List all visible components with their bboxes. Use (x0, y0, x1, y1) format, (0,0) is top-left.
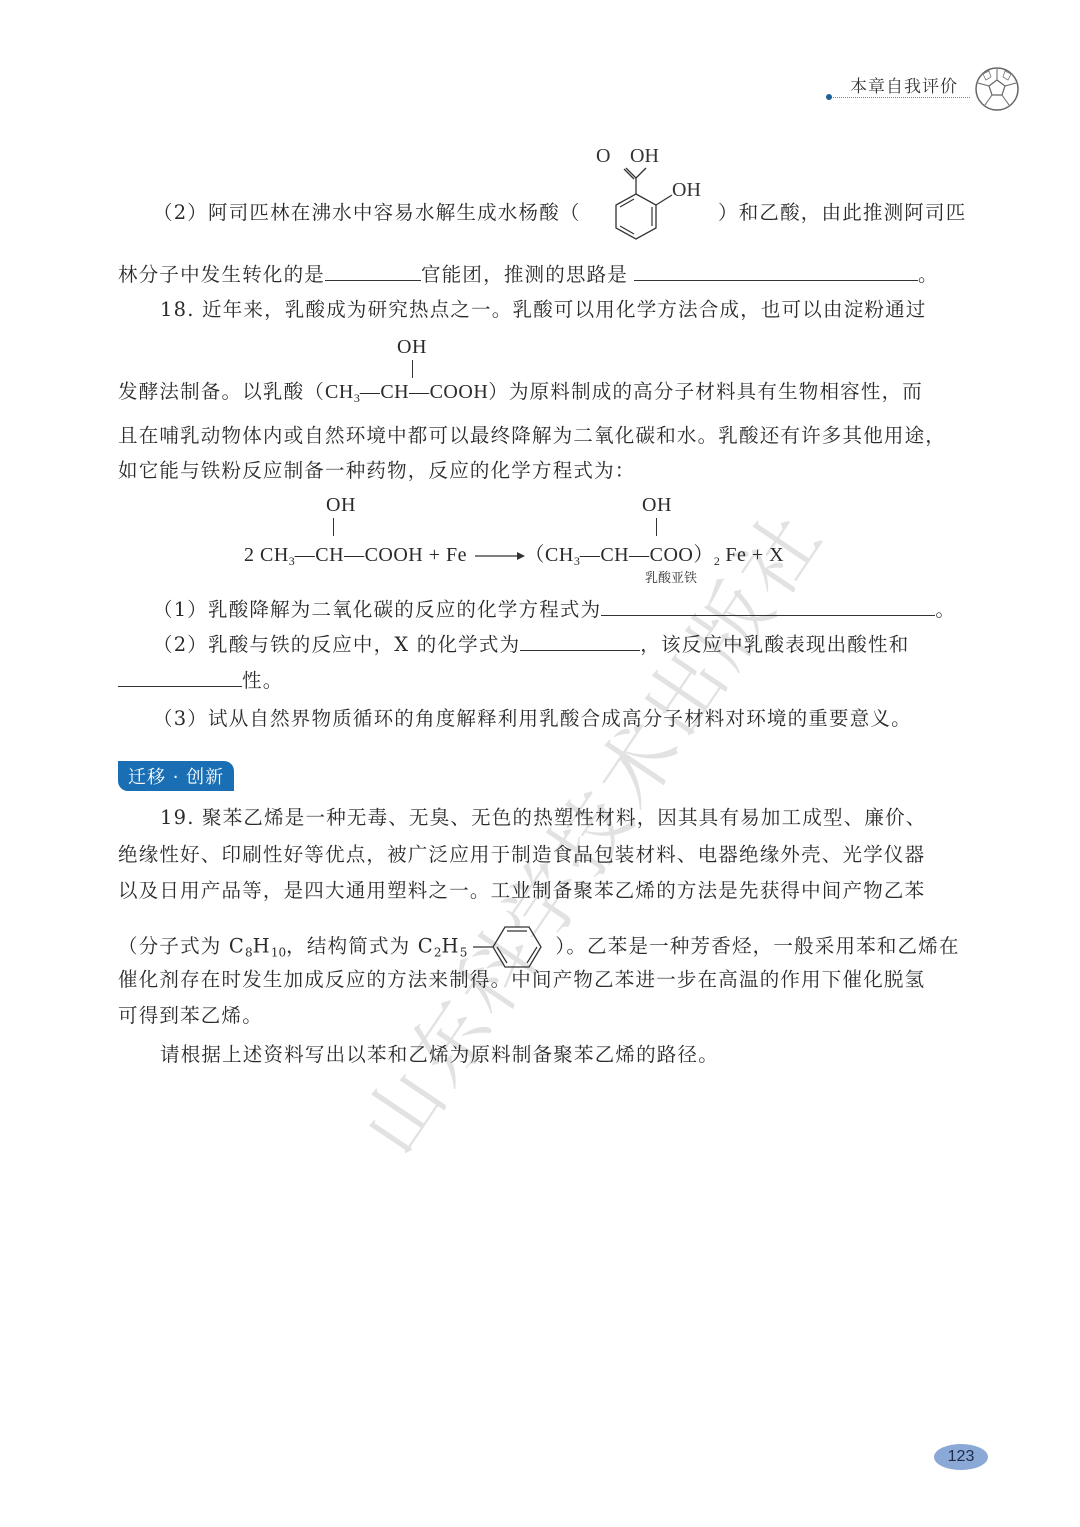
degradation-equation-blank[interactable] (601, 597, 935, 616)
q18-part1: （1）乳酸降解为二氧化碳的反应的化学方程式为。 (153, 597, 956, 622)
q18-part3: （3）试从自然界物质循环的角度解释利用乳酸合成高分子材料对环境的重要意义。 (153, 707, 912, 731)
q17-part2-line1-suffix: ）和乙酸，由此推测阿司匹 (718, 201, 966, 225)
q17-part2-line2-a: 林分子中发生转化的是 (118, 263, 325, 286)
q19-line3: 以及日用产品等，是四大通用塑料之一。工业制备聚苯乙烯的方法是先获得中间产物乙苯 (118, 879, 925, 903)
benzene-ring-icon (471, 924, 551, 970)
q18-part2-line2: 性。 (118, 668, 283, 693)
q18-line4: 如它能与铁粉反应制备一种药物，反应的化学方程式为： (118, 459, 636, 483)
q18-part2: （2）乳酸与铁的反应中，X 的化学式为，该反应中乳酸表现出酸性和 (153, 632, 909, 657)
q17-part2-line2-end: 。 (918, 263, 939, 286)
q17-part2-line1-prefix: （2）阿司匹林在沸水中容易水解生成水杨酸（ (153, 201, 581, 225)
q19-line4: （分子式为 C8H10，结构简式为 C2H5）。乙苯是一种芳香烃，一般采用苯和乙… (118, 924, 960, 970)
reasoning-blank[interactable] (634, 262, 918, 281)
q17-part2-line2: 林分子中发生转化的是官能团，推测的思路是。 (118, 262, 939, 287)
property-blank[interactable] (118, 668, 242, 687)
q18-line2-a: 发酵法制备。以乳酸（ (118, 380, 325, 403)
section-badge: 迁移 · 创新 (118, 761, 234, 791)
reaction-arrow-icon (473, 550, 525, 562)
header-dotted-rule (830, 97, 970, 98)
label-o: O (596, 145, 610, 167)
q17-part2-line2-b: 官能团，推测的思路是 (421, 263, 628, 286)
q18-line1: 18. 近年来，乳酸成为研究热点之一。乳酸可以用化学方法合成，也可以由淀粉通过 (160, 298, 927, 322)
header-dot (826, 94, 832, 100)
chemical-equation: 2 CH3—CH—COOH + Fe （CH3—CH—COO）2 Fe + X (244, 538, 784, 569)
svg-text:OH: OH (630, 145, 659, 167)
equation-bond-right (656, 518, 657, 536)
chapter-header-title: 本章自我评价 (850, 72, 958, 97)
equation-oh-left: OH (326, 494, 356, 517)
equation-oh-right: OH (642, 494, 672, 517)
q18-line2-b: ）为原料制成的高分子材料具有生物相容性，而 (488, 380, 923, 403)
q19-line1: 19. 聚苯乙烯是一种无毒、无臭、无色的热塑性材料，因其具有易加工成型、廉价、 (160, 806, 927, 830)
page-number: 123 (934, 1444, 988, 1470)
svg-text:OH: OH (672, 179, 701, 201)
equation-bond-left (333, 518, 334, 536)
q18-line3: 且在哺乳动物体内或自然环境中都可以最终降解为二氧化碳和水。乳酸还有许多其他用途， (118, 424, 946, 448)
lactic-acid-oh: OH (397, 336, 427, 359)
q19-line2: 绝缘性好、印刷性好等优点，被广泛应用于制造食品包装材料、电器绝缘外壳、光学仪器 (118, 843, 925, 867)
q18-line2: 发酵法制备。以乳酸（CH3—CH—COOH）为原料制成的高分子材料具有生物相容性… (118, 380, 923, 410)
ferrous-lactate-label: 乳酸亚铁 (645, 567, 697, 586)
functional-group-blank[interactable] (325, 262, 421, 281)
salicylic-acid-structure: O OH OH (592, 140, 722, 245)
q19-line5: 催化剂存在时发生加成反应的方法来制得。中间产物乙苯进一步在高温的作用下催化脱氢 (118, 968, 925, 992)
q19-line6: 可得到苯乙烯。 (118, 1004, 263, 1028)
q19-task: 请根据上述资料写出以苯和乙烯为原料制备聚苯乙烯的路径。 (160, 1043, 719, 1067)
fullerene-icon (974, 66, 1020, 112)
lactic-acid-bond (412, 360, 413, 378)
lactic-acid-formula: CH3—CH—COOH (325, 381, 488, 403)
x-formula-blank[interactable] (520, 632, 640, 651)
